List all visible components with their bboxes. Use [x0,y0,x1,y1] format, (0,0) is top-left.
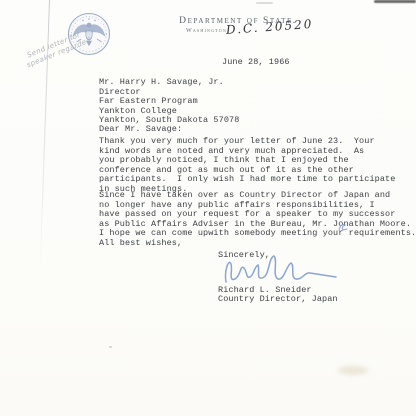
signed-title: Country Director, Japan [218,295,338,305]
paper-crease-line [40,0,50,272]
scan-artifact-bottom-right [338,366,368,375]
scan-artifact-mid [109,346,112,348]
recipient-address-block: Mr. Harry H. Savage, Jr. Director Far Ea… [99,78,239,126]
body-paragraph-1: Thank you very much for your letter of J… [99,137,395,195]
closing-best-wishes: All best wishes, [99,239,182,249]
scan-artifact-top-right [374,0,416,3]
letterhead-city: Washington, [186,28,230,34]
body-paragraph-2: Since I have taken over as Country Direc… [99,191,416,239]
scanned-letter-page: Department of State. Washington, D.C. 20… [0,0,416,416]
scan-artifact-top-center [256,2,273,4]
salutation: Dear Mr. Savage: [99,125,182,135]
ink-correction-mark [336,221,351,234]
letter-date: June 28, 1966 [222,58,290,68]
